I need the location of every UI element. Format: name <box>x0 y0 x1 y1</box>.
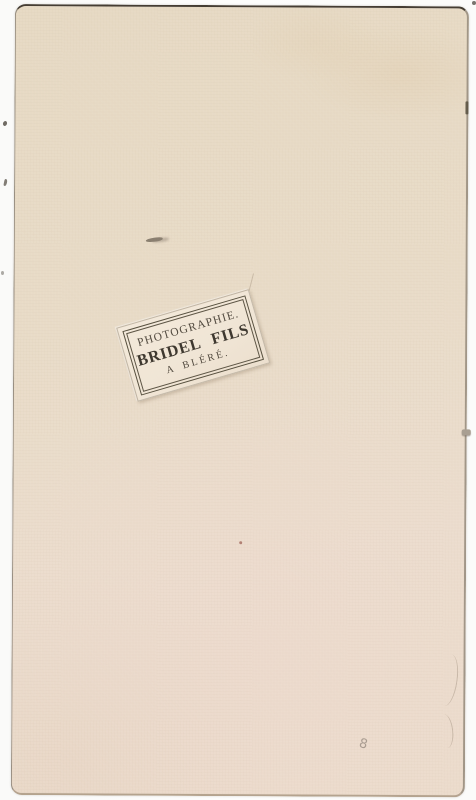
scan-background: 8 PHOTOGRAPHIE. BRIDEL FILS A BLÉRÉ. <box>0 0 476 800</box>
photographer-stamp: PHOTOGRAPHIE. BRIDEL FILS A BLÉRÉ. <box>116 289 270 402</box>
dust-speck <box>1 271 4 275</box>
scratch-mark <box>435 653 461 707</box>
card-edge-notch <box>462 429 471 435</box>
ink-smudge <box>146 237 163 243</box>
photo-card-back: 8 PHOTOGRAPHIE. BRIDEL FILS A BLÉRÉ. <box>11 4 469 797</box>
red-speck <box>239 541 242 544</box>
stamp-outer-border: PHOTOGRAPHIE. BRIDEL FILS A BLÉRÉ. <box>122 295 264 395</box>
pencil-mark: 8 <box>357 736 369 753</box>
card-edge-mark <box>465 101 468 114</box>
dust-speck <box>472 1 476 5</box>
stamp-inner-border: PHOTOGRAPHIE. BRIDEL FILS A BLÉRÉ. <box>126 299 260 392</box>
dust-speck <box>3 179 7 186</box>
dust-speck <box>2 120 7 126</box>
scratch-mark <box>437 714 455 749</box>
card-paper-texture <box>12 6 467 795</box>
